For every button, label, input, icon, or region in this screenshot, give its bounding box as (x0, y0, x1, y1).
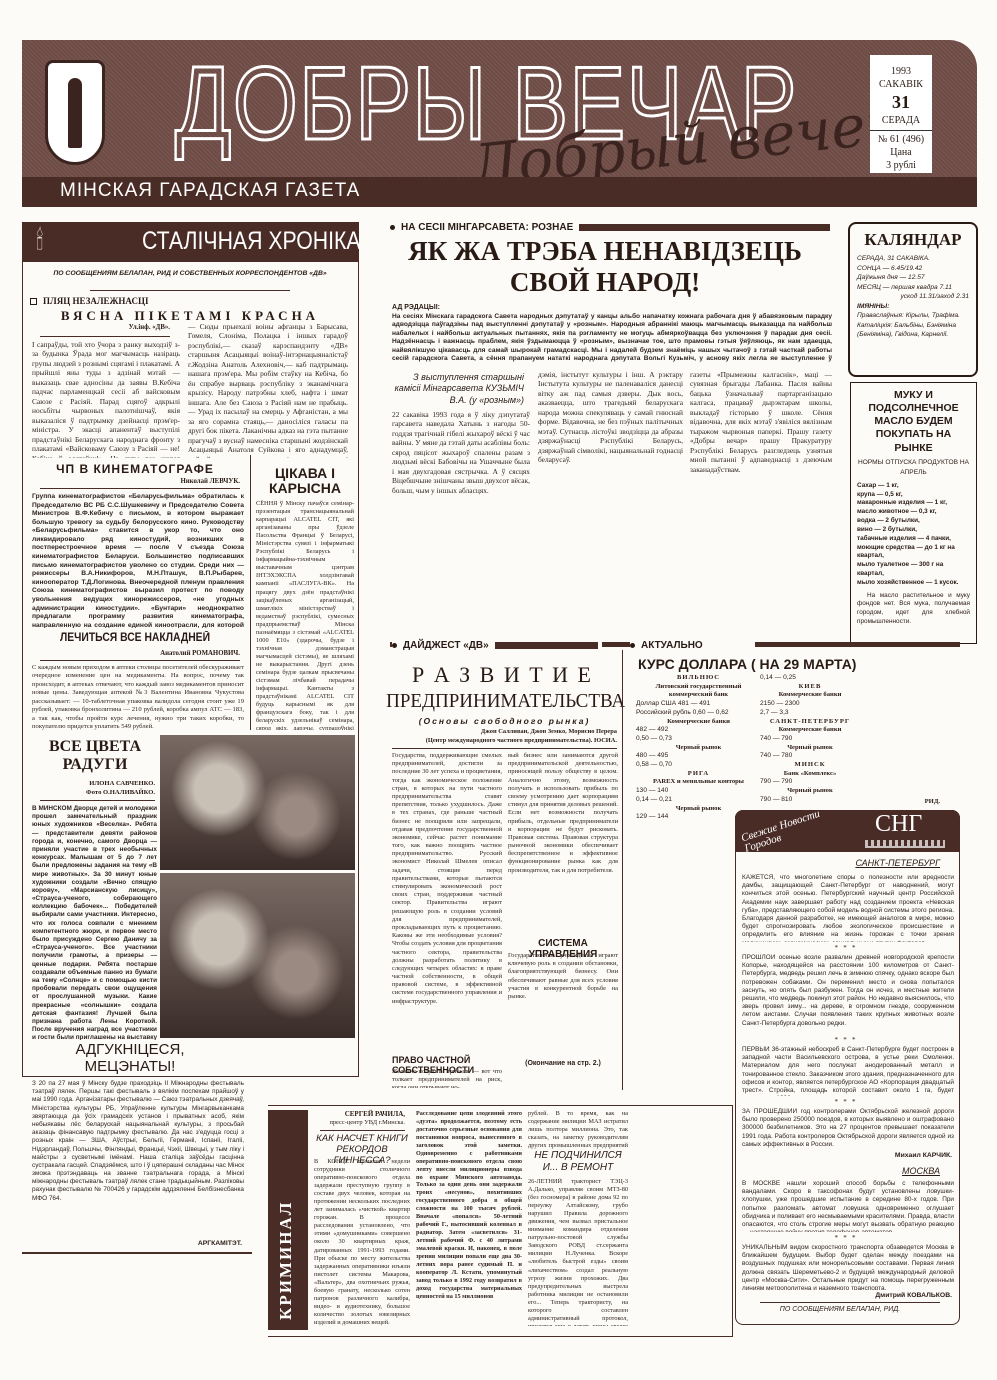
column-divider (622, 650, 623, 1090)
price-label: Цана (870, 146, 932, 159)
cis-p2: ПРОШЛОЙ осенью возле развалин древней но… (742, 954, 954, 1034)
currency-rate: 790 — 810 (760, 796, 860, 805)
digest-col2-end: Государственные учреждения играют ключев… (508, 952, 618, 1032)
digest-title-line1: Р А З В И Т И Е (390, 662, 615, 688)
divider (40, 660, 240, 661)
article6-body: З 20 па 27 мая ў Мінску будзе праходзіць… (32, 1080, 244, 1220)
calendar-title: КАЛЯНДАР (857, 230, 969, 250)
currency-market-label: Коммерческие банки (760, 691, 860, 700)
divider (320, 1130, 405, 1131)
minsk-coat-of-arms-icon (45, 60, 105, 165)
calendar-box: КАЛЯНДАР СЕРАДА, 31 САКАВІКА. СОНЦА — 6.… (848, 222, 978, 377)
article2-body: Группа кинематографистов «Беларусьфильма… (32, 493, 244, 628)
digest-col2: вый бизнес или занимаются другой предпри… (508, 752, 618, 932)
digest-org: (Центр международного частного предприни… (392, 737, 617, 744)
currency-market-label: Коммерческие банки (636, 718, 761, 727)
currency-rate: 2150 — 2300 (760, 700, 860, 709)
article3-title: ЛЕЧИТЬСЯ ВСЕ НАКЛАДНЕЙ (41, 632, 230, 644)
currency-rate: 0,14 — 0,21 (636, 796, 761, 805)
divider (22, 1252, 252, 1254)
currency-market-label: Черный рынок (760, 787, 860, 796)
currency-rate: 740 — 790 (760, 735, 860, 744)
rations-box: МУКУ И ПОДСОЛНЕЧНОЕ МАСЛО БУДЕМ ПОКУПАТЬ… (850, 382, 977, 644)
divider (40, 800, 155, 801)
city-skyline-icon (865, 840, 945, 848)
separator-stars: * * * (740, 1098, 950, 1106)
divider (760, 1302, 940, 1303)
crime-byline-author: СЕРГЕЙ РАЧИЛА, (320, 1110, 405, 1118)
calendar-date: СЕРАДА, 31 САКАВІКА. (857, 254, 969, 264)
currency-market-label: Банк «Комплекс» (760, 770, 860, 779)
calendar-moon: МЕСЯЦ — першая квадра 7.11 (857, 283, 969, 293)
currency-city: МИНСК (760, 761, 860, 770)
issue-month: САКАВІК (870, 78, 932, 91)
ration-item: моющие средства — до 1 кг на квартал, (857, 544, 970, 562)
bullet-icon (390, 225, 395, 230)
divider (392, 748, 617, 749)
digest-kicker: ДАЙДЖЕСТ «ДВ» (403, 640, 489, 651)
currency-market-label: Коммерческие банки (760, 726, 860, 735)
currency-source: РИД. (880, 798, 940, 805)
article1-kicker-row: ПЛЯЦ НЕЗАЛЕЖНАСЦІ (30, 296, 148, 306)
article1-kicker: ПЛЯЦ НЕЗАЛЕЖНАСЦІ (43, 296, 148, 306)
divider (40, 336, 170, 337)
ration-item: табачные изделия — 4 пачки, (857, 535, 970, 544)
chronicle-header-bar: 🕯 СТАЛІЧНАЯ ХРОНІКА (22, 222, 359, 262)
crime-body-2: Расследование цепи злодеяний этого «дуэт… (416, 1110, 522, 1326)
continued-note: (Окончание на стр. 2.) (508, 1060, 618, 1067)
currency-rate: 0,50 — 0,73 (636, 735, 761, 744)
currency-rate: 482 — 492 (636, 726, 761, 735)
crime-body-1: В КОНЦЕ прошлой недели сотрудники столич… (314, 1158, 410, 1326)
issue-date-box: 1993 САКАВІК 31 СЕРАДА № 61 (496) Цана 3… (870, 55, 932, 173)
article4-body: СЁННЯ ў Мінску пачаўся семінар-прэзентац… (256, 500, 354, 730)
cis-city-moscow: МОСКВА (740, 1166, 940, 1176)
article3-body: С каждым новым приходом в аптеки столицы… (32, 664, 244, 734)
bullet-icon (630, 643, 635, 648)
cis-footer: ПО СООБЩЕНИЯМ БЕЛАПАН, РИД. (740, 1306, 940, 1313)
article6-signature: АРГКАМІТЭТ. (32, 1240, 242, 1247)
lead-col3: газеты «Прымежны калгаснік», маці — сувя… (690, 370, 832, 635)
issue-year: 1993 (870, 65, 932, 78)
cis-city-petersburg: САНКТ-ПЕТЕРБУРГ (740, 858, 940, 868)
article3-byline: Анатолий РОМАНОВИЧ. (30, 650, 240, 657)
article6-title: АДГУКНІЦЕСЯ, МЕЦЭНАТЫ! (40, 1042, 220, 1075)
ration-item: Сахар — 1 кг, (857, 482, 970, 491)
ration-item: мыло хозяйственное — 1 кусок. (857, 579, 970, 588)
rations-subtitle: НОРМЫ ОТПУСКА ПРОДУКТОВ НА АПРЕЛЬ (857, 458, 970, 479)
currency-city: РИГА (636, 770, 761, 779)
ration-item: макаронные изделия — 1 кг, (857, 499, 970, 508)
calendar-body: СЕРАДА, 31 САКАВІКА. СОНЦА — 6.45/19.42 … (857, 254, 969, 340)
ration-item: вино — 2 бутылки, (857, 526, 970, 535)
cis-p3: ПЕРВЫЙ 36-этажный небоскреб в Санкт-Пете… (742, 1046, 954, 1096)
cis-p6: УНИКАЛЬНЫМ видом скоростного транспорта … (742, 1244, 954, 1290)
lead-headline: ЯК ЖА ТРЭБА НЕНАВІДЗЕЦЬ СВОЙ НАРОД! (380, 236, 830, 298)
calendar-sun: СОНЦА — 6.45/19.42 (857, 264, 969, 274)
calendar-namedays-label: ІМЯНІНЫ: (857, 302, 969, 312)
article5-body: В МИНСКОМ Дворце детей и молодежи прошел… (32, 805, 157, 1040)
chronicle-sources: ПО СООБЩЕНИЯМ БЕЛАПАН, РИД И СОБСТВЕННЫХ… (30, 270, 350, 277)
calendar-moonrise: ускод 11.31/заход 2.31 (857, 292, 969, 302)
kicker-bar (579, 224, 830, 231)
currency-city: КИЕВ (760, 683, 860, 692)
newspaper-subtitle: МІНСКАЯ ГАРАДСКАЯ ГАЗЕТА (60, 180, 360, 202)
currency-market-label: PAREX и меняльные конторы (636, 778, 761, 787)
digest-subtitle: (Основы свободного рынка) (392, 716, 617, 726)
issue-day: 31 (870, 91, 932, 114)
digest-kicker-row: ДАЙДЖЕСТ «ДВ» (392, 640, 602, 651)
currency-city: САНКТ-ПЕТЕРБУРГ (760, 718, 860, 727)
lead-editorial: На сесіях Мінскага гарадскога Савета нар… (392, 313, 832, 365)
currency-right-column: 0,14 — 0,25КИЕВКоммерческие банки2150 — … (760, 674, 860, 805)
chronicle-header: СТАЛІЧНАЯ ХРОНІКА (142, 227, 361, 256)
currency-market-label: Литовский государственный коммерческий б… (636, 683, 761, 700)
cis-banner-right: СНГ (875, 811, 922, 838)
street-lamp-icon: 🕯 (36, 226, 43, 257)
ration-item: водка — 2 бутылки, (857, 517, 970, 526)
cis-signature-1: Михаил КАРЧИК. (742, 1152, 952, 1159)
cis-news-banner: Свежие Новости Городов СНГ (735, 810, 960, 852)
article5-byline-photo: Фото О.НАЛИВАЙКО. (30, 789, 155, 796)
currency-rate: 130 — 140 (636, 787, 761, 796)
issue-weekday: СЕРАДА (870, 114, 932, 127)
currency-kicker: АКТУАЛЬНО (641, 640, 703, 651)
lead-kicker: НА СЕСІІ МІНГАРСАВЕТА: РОЗНАЕ (401, 222, 573, 233)
article2-title: ЧП В КИНЕМАТОГРАФЕ (30, 462, 240, 476)
currency-rate: 480 — 495 (636, 752, 761, 761)
separator-stars: * * * (740, 1036, 950, 1044)
currency-title: КУРС ДОЛЛАРА ( НА 29 МАРТА) (638, 656, 958, 672)
bullet-icon (392, 643, 397, 648)
square-bullet-icon (30, 298, 37, 305)
cis-p5: В МОСКВЕ нашли хороший способ борьбы с т… (742, 1180, 954, 1232)
children-toys-photo (160, 873, 355, 1038)
kicker-bar (495, 642, 598, 649)
currency-city: ВИЛЬНЮС (636, 674, 761, 683)
calendar-orthodox: Праваслаўныя: Кірылы, Трафіма. (857, 311, 969, 321)
column-divider (250, 455, 251, 730)
rations-title: МУКУ И ПОДСОЛНЕЧНОЕ МАСЛО БУДЕМ ПОКУПАТЬ… (857, 389, 970, 455)
separator-stars: * * * (740, 944, 950, 952)
currency-kicker-row: АКТУАЛЬНО (630, 640, 755, 651)
article1-col2: — Сюды прыехалі воіны афганцы з Барысава… (188, 322, 348, 458)
ration-item: масло животное — 0,3 кг, (857, 508, 970, 517)
divider (90, 290, 290, 291)
ration-item: мыло туалетное — 300 г на квартал, (857, 561, 970, 579)
children-art-exhibition-photo (160, 735, 355, 870)
article5-title: ВСЕ ЦВЕТА РАДУГИ (40, 738, 150, 773)
digest-title-line2: ПРЕДПРИНИМАТЕЛЬСТВА (386, 690, 619, 713)
digest-col1: Государства, поддерживающие смелых предп… (392, 752, 502, 1052)
article5-byline-author: ИЛОНА САВЧЕНКО. (30, 780, 155, 787)
rations-note: На масло растительное и муку фондов нет.… (857, 592, 970, 627)
currency-market-label: Черный рынок (760, 744, 860, 753)
lead-kicker-row: НА СЕСІІ МІНГАРСАВЕТА: РОЗНАЕ (390, 222, 830, 233)
price: 3 рублі (870, 159, 932, 172)
cis-p4: ЗА ПРОШЕДШИЙ год контролерами Октябрьско… (742, 1108, 954, 1148)
lead-editorial-label: АД РЭДАЦЫІ: (392, 304, 440, 311)
lead-col1: 22 сакавіка 1993 года я ў ліку дэпутатаў… (392, 410, 530, 635)
crime-body-3: рублей. В то время, как на содержание ми… (528, 1110, 628, 1150)
currency-rate: 2,7 — 3,3 (760, 709, 860, 718)
currency-left-column: ВИЛЬНЮСЛитовский государственный коммерч… (636, 674, 761, 822)
separator-stars: * * * (740, 1234, 950, 1242)
ration-item: крупа — 0,5 кг, (857, 491, 970, 500)
cis-signature-2: Дмитрий КОВАЛЬКОВ. (742, 1292, 952, 1299)
crime-title-2: НЕ ПОДЧИНИЛСЯ И... В РЕМОНТ (528, 1150, 628, 1173)
issue-number: № 61 (496) (870, 130, 932, 146)
crime-byline-org: пресс-центр УВД г.Минска. (310, 1119, 405, 1126)
calendar-catholic: Каталіцкія: Бальбіны, Бэніяміна (Беніямі… (857, 321, 969, 340)
currency-rate: 790 — 790 (760, 778, 860, 787)
divider (40, 488, 240, 489)
article2-byline: Николай ЛЕВЧУК. (30, 478, 240, 485)
article4-title: ЦІКАВА І КАРЫСНА (255, 466, 355, 497)
currency-market-label: Черный рынок (636, 744, 761, 753)
currency-rate: Доллар США 481 — 491 (636, 700, 761, 709)
currency-rate: Российский рубль 0,60 — 0,62 (636, 709, 761, 718)
currency-rate: 0,58 — 0,70 (636, 761, 761, 770)
article1-col1: І сапраўды, той хто ўчора з ранку выходз… (32, 340, 180, 458)
rations-list: Сахар — 1 кг, крупа — 0,5 кг, макаронные… (857, 482, 970, 588)
calendar-day-length: Даўжыня дня — 12.57 (857, 273, 969, 283)
digest-col1-end: Желание получить прибыль — вот что толка… (392, 1068, 502, 1088)
currency-rate: 0,14 — 0,25 (760, 674, 860, 683)
article1-byline: Ул.інф. «ДВ». (30, 324, 170, 331)
cis-p1: КАЖЕТСЯ, что многолетние споры о полезно… (742, 874, 954, 942)
lead-col2: дэмія, інстытут культуры і інш. А рэктар… (538, 370, 683, 635)
crime-body-4: 26-ЛЕТНИЙ тракторист ТЭЦ-3 А.Далько, упр… (528, 1178, 628, 1326)
digest-authors: Джон Салливан, Джон Земко, Морисио Перер… (392, 728, 617, 735)
currency-rate: 740 — 780 (760, 752, 860, 761)
lead-subhead: З выступлення старшыні камісіі Мінгарсав… (392, 372, 524, 406)
cis-banner-left: Свежие Новости Городов (740, 803, 842, 855)
